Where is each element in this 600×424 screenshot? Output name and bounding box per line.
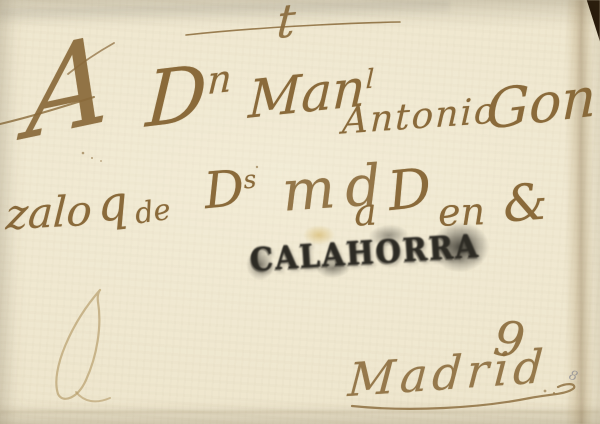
word-main: D — [202, 159, 247, 220]
word-main: zalo — [5, 186, 93, 240]
word-main: q — [94, 175, 130, 234]
address-line2-word: & — [501, 173, 549, 234]
word-main: Gon — [486, 65, 597, 142]
word-main: D — [144, 47, 209, 145]
address-line2-word: D — [385, 156, 435, 223]
salutation-letter: A — [24, 7, 112, 167]
paper-fold-edge — [565, 0, 593, 424]
word-main: a — [353, 189, 378, 234]
word-main: & — [501, 173, 549, 234]
address-line2-word: zalo — [5, 186, 93, 240]
letter-cover-scan: A t Dn Manl Antonio Gon zalo q de Ds md … — [0, 0, 600, 424]
postmark-text: CALAHORRA — [249, 227, 481, 278]
crease-line — [0, 410, 600, 414]
address-line1-word: Dn — [144, 44, 234, 145]
postmark-stamp: CALAHORRA — [249, 229, 483, 291]
invocation-cross-mark: t — [275, 0, 297, 49]
word-main: D — [385, 156, 435, 223]
flourish-loop-tail — [76, 392, 110, 401]
address-line2-word: de — [131, 184, 176, 256]
address-line2-word: a — [353, 189, 378, 234]
word-superscript: l — [365, 64, 374, 95]
flourish-loop — [56, 290, 100, 399]
address-line2-word: q — [94, 175, 130, 234]
word-superscript: s — [242, 165, 257, 195]
address-line1-word: Gon — [486, 65, 597, 142]
word-superscript: n — [206, 56, 233, 104]
address-line2-word: Ds — [202, 158, 260, 220]
word-superscript: de — [133, 192, 173, 231]
destination-madrid: Madrid — [346, 339, 549, 407]
